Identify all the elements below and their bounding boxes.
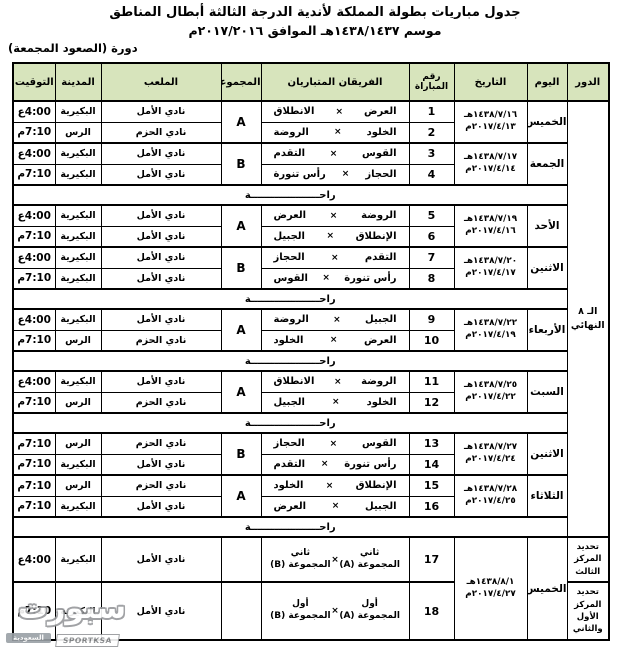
rest-label: راحــــــــــــــــــــة	[13, 351, 567, 371]
stadium-cell: نادي الحزم	[101, 475, 221, 496]
time-cell: 7:10م	[13, 582, 55, 640]
round-cell-first-second-place: تحديد المركز الأول والثاني	[567, 582, 609, 640]
stadium-cell: نادي الأمل	[101, 247, 221, 268]
stadium-cell: نادي الأمل	[101, 371, 221, 392]
team-right: أول المجموعة (A)	[339, 599, 401, 622]
time-cell: 4:00ع	[13, 371, 55, 392]
teams-cell: التقدم × الحجاز	[261, 247, 409, 268]
date-cell: ١٤٣٨/٧/٢٥هـ ٢٠١٧/٤/٢٢م	[454, 371, 527, 413]
date-cell: ١٤٣٨/٧/١٩هـ ٢٠١٧/٤/١٦م	[454, 205, 527, 247]
team-left: الخلود	[274, 335, 304, 346]
rest-row: راحــــــــــــــــــــة	[13, 413, 609, 433]
match-number: 6	[409, 226, 454, 247]
team-right: القوس	[362, 438, 396, 449]
team-right: الروضة	[361, 376, 396, 387]
teams-cell: الخلود × الروضة	[261, 122, 409, 143]
header-row: الدور اليوم التاريخ رقم المباراة الفريقا…	[13, 63, 609, 101]
team-right: الإنطلاق	[356, 231, 397, 242]
vs-mark: ×	[332, 397, 340, 407]
day-cell: الأربعاء	[527, 309, 567, 351]
header-round: الدور	[567, 63, 609, 101]
rest-label: راحــــــــــــــــــــة	[13, 289, 567, 309]
match-number: 15	[409, 475, 454, 496]
time-cell: 4:00ع	[13, 205, 55, 226]
group-cell: A	[221, 205, 261, 247]
date-cell: ١٤٣٨/٨/١هـ ٢٠١٧/٤/٢٧م	[454, 537, 527, 640]
match-row: الأحد ١٤٣٨/٧/١٩هـ ٢٠١٧/٤/١٦م 5 الروضة × …	[13, 205, 609, 226]
teams-cell: القوس × الحجاز	[261, 433, 409, 454]
match-number: 12	[409, 392, 454, 413]
vs-mark: ×	[333, 315, 341, 325]
time-cell: 7:10م	[13, 122, 55, 143]
team-right: الروضة	[361, 210, 396, 221]
match-number: 17	[409, 537, 454, 582]
teams-cell: القوس × التقدم	[261, 143, 409, 164]
team-left: العرض	[274, 501, 307, 512]
vs-mark: ×	[335, 107, 343, 117]
group-cell: B	[221, 433, 261, 475]
city-cell: البكيرية	[55, 101, 101, 122]
team-right: الإنطلاق	[356, 480, 397, 491]
team-right: الجبيل	[365, 501, 396, 512]
vs-mark: ×	[331, 555, 339, 565]
group-cell: A	[221, 101, 261, 143]
vs-mark: ×	[334, 377, 342, 387]
stadium-cell: نادي الأمل	[101, 454, 221, 475]
time-cell: 4:00ع	[13, 101, 55, 122]
team-left: أول المجموعة (B)	[270, 599, 332, 622]
match-number: 16	[409, 496, 454, 517]
stadium-cell: نادي الأمل	[101, 101, 221, 122]
stadium-cell: نادي الأمل	[101, 164, 221, 185]
teams-cell: رأس تنورة × القوس	[261, 268, 409, 289]
day-cell: الثلاثاء	[527, 475, 567, 517]
day-cell: الاثنين	[527, 433, 567, 475]
team-right: العرض	[364, 335, 397, 346]
group-cell: A	[221, 309, 261, 351]
team-left: التقدم	[274, 148, 306, 159]
match-number: 3	[409, 143, 454, 164]
match-row: السبت ١٤٣٨/٧/٢٥هـ ٢٠١٧/٤/٢٢م 11 الروضة ×…	[13, 371, 609, 392]
team-right: رأس تنورة	[344, 459, 396, 470]
day-cell: الأحد	[527, 205, 567, 247]
date-cell: ١٤٣٨/٧/٢٢هـ ٢٠١٧/٤/١٩م	[454, 309, 527, 351]
date-cell: ١٤٣٨/٧/٢٧هـ ٢٠١٧/٤/٢٤م	[454, 433, 527, 475]
header-time: التوقيت	[13, 63, 55, 101]
match-number: 2	[409, 122, 454, 143]
match-number: 5	[409, 205, 454, 226]
match-number: 13	[409, 433, 454, 454]
team-right: الخلود	[367, 127, 397, 138]
stadium-cell: نادي الأمل	[101, 205, 221, 226]
time-cell: 4:00ع	[13, 143, 55, 164]
stadium-cell: نادي الأمل	[101, 143, 221, 164]
rest-label: راحــــــــــــــــــــة	[13, 185, 567, 205]
team-left: الروضة	[274, 127, 309, 138]
city-cell: الرس	[55, 330, 101, 351]
document-page: { "page": { "title_line1": "جدول مباريات…	[0, 0, 630, 651]
round-cell-third-place: تحديد المركز الثالث	[567, 537, 609, 582]
rest-row: راحــــــــــــــــــــة	[13, 289, 609, 309]
teams-cell: الروضة × الانطلاق	[261, 371, 409, 392]
city-cell: البكيرية	[55, 268, 101, 289]
stadium-cell: نادي الأمل	[101, 309, 221, 330]
team-left: الانطلاق	[274, 106, 315, 117]
city-cell: البكيرية	[55, 371, 101, 392]
city-cell: البكيرية	[55, 309, 101, 330]
time-cell: 7:10م	[13, 496, 55, 517]
teams-cell: الجبيل × العرض	[261, 496, 409, 517]
city-cell: البكيرية	[55, 226, 101, 247]
stadium-cell: نادي الأمل	[101, 496, 221, 517]
group-cell-empty	[221, 582, 261, 640]
match-number: 11	[409, 371, 454, 392]
time-cell: 4:00ع	[13, 309, 55, 330]
match-row: الثلاثاء ١٤٣٨/٧/٢٨هـ ٢٠١٧/٤/٢٥م 15 الإنط…	[13, 475, 609, 496]
team-left: التقدم	[274, 459, 306, 470]
group-cell: B	[221, 247, 261, 289]
stadium-cell: نادي الأمل	[101, 582, 221, 640]
vs-mark: ×	[342, 169, 350, 179]
match-row: الاثنين ١٤٣٨/٧/٢٠هـ ٢٠١٧/٤/١٧م 7 التقدم …	[13, 247, 609, 268]
time-cell: 7:10م	[13, 433, 55, 454]
team-left: القوس	[274, 273, 308, 284]
stadium-cell: نادي الحزم	[101, 433, 221, 454]
team-right: العرض	[364, 106, 397, 117]
vs-mark: ×	[321, 459, 329, 469]
stadium-cell: نادي الأمل	[101, 226, 221, 247]
vs-mark: ×	[326, 481, 334, 491]
teams-cell: أول المجموعة (A) × أول المجموعة (B)	[261, 582, 409, 640]
date-cell: ١٤٣٨/٧/١٧هـ ٢٠١٧/٤/١٤م	[454, 143, 527, 185]
header-group: المجموعة	[221, 63, 261, 101]
team-right: ثاني المجموعة (A)	[339, 548, 401, 571]
team-left: ثاني المجموعة (B)	[270, 548, 332, 571]
city-cell: الرس	[55, 392, 101, 413]
team-right: القوس	[362, 148, 396, 159]
match-number: 18	[409, 582, 454, 640]
teams-cell: الإنطلاق × الجبيل	[261, 226, 409, 247]
team-left: الحجاز	[274, 252, 305, 263]
teams-cell: رأس تنورة × التقدم	[261, 454, 409, 475]
city-cell: البكيرية	[55, 143, 101, 164]
match-row: الأربعاء ١٤٣٨/٧/٢٢هـ ٢٠١٧/٤/١٩م 9 الجبيل…	[13, 309, 609, 330]
header-day: اليوم	[527, 63, 567, 101]
teams-cell: ثاني المجموعة (A) × ثاني المجموعة (B)	[261, 537, 409, 582]
team-right: الجبيل	[365, 314, 396, 325]
match-row: الاثنين ١٤٣٨/٧/٢٧هـ ٢٠١٧/٤/٢٤م 13 القوس …	[13, 433, 609, 454]
city-cell: البكيرية	[55, 205, 101, 226]
city-cell: البكيرية	[55, 454, 101, 475]
round-cell-final8: الـ ٨ النهائي	[567, 101, 609, 537]
team-right: الحجاز	[365, 169, 396, 180]
vs-mark: ×	[332, 501, 340, 511]
city-cell: البكيرية	[55, 496, 101, 517]
teams-cell: الجبيل × الروضة	[261, 309, 409, 330]
team-right: الخلود	[367, 397, 397, 408]
group-cell: B	[221, 143, 261, 185]
time-cell: 4:00ع	[13, 247, 55, 268]
rest-row: راحــــــــــــــــــــة	[13, 351, 609, 371]
rest-row: راحــــــــــــــــــــة	[13, 517, 609, 537]
group-cell-empty	[221, 537, 261, 582]
time-cell: 7:10م	[13, 330, 55, 351]
team-left: الجبيل	[274, 397, 305, 408]
vs-mark: ×	[331, 606, 339, 616]
page-title: جدول مباريات بطولة المملكة لأندية الدرجة…	[0, 5, 630, 20]
team-left: الخلود	[274, 480, 304, 491]
rest-label: راحــــــــــــــــــــة	[13, 413, 567, 433]
time-cell: 7:10م	[13, 475, 55, 496]
team-right: رأس تنورة	[344, 273, 396, 284]
time-cell: 7:10م	[13, 268, 55, 289]
stadium-cell: نادي الحزم	[101, 122, 221, 143]
match-row: الجمعة ١٤٣٨/٧/١٧هـ ٢٠١٧/٤/١٤م 3 القوس × …	[13, 143, 609, 164]
city-cell: البكيرية	[55, 247, 101, 268]
rest-label: راحــــــــــــــــــــة	[13, 517, 567, 537]
tournament-note: دورة (الصعود المجمعة)	[8, 41, 138, 55]
group-cell: A	[221, 371, 261, 413]
vs-mark: ×	[330, 211, 338, 221]
header-teams: الفريقان المتباريان	[261, 63, 409, 101]
match-number: 8	[409, 268, 454, 289]
teams-cell: الخلود × الجبيل	[261, 392, 409, 413]
time-cell: 7:10م	[13, 392, 55, 413]
day-cell: الجمعة	[527, 143, 567, 185]
teams-cell: الروضة × العرض	[261, 205, 409, 226]
teams-cell: العرض × الانطلاق	[261, 101, 409, 122]
header-match-no: رقم المباراة	[409, 63, 454, 101]
teams-cell: الحجاز × رأس تنورة	[261, 164, 409, 185]
stadium-cell: نادي الحزم	[101, 330, 221, 351]
vs-mark: ×	[331, 253, 339, 263]
city-cell: البكيرية	[55, 537, 101, 582]
page-subtitle-season: موسم ١٤٣٨/١٤٣٧هـ الموافق ٢٠١٧/٢٠١٦م	[0, 23, 630, 38]
team-left: العرض	[274, 210, 307, 221]
teams-cell: العرض × الخلود	[261, 330, 409, 351]
match-number: 14	[409, 454, 454, 475]
teams-cell: الإنطلاق × الخلود	[261, 475, 409, 496]
vs-mark: ×	[330, 335, 338, 345]
match-row: الـ ٨ النهائي الخميس ١٤٣٨/٧/١٦هـ ٢٠١٧/٤/…	[13, 101, 609, 122]
match-row: تحديد المركز الثالث الخميس ١٤٣٨/٨/١هـ ٢٠…	[13, 537, 609, 582]
stadium-cell: نادي الأمل	[101, 268, 221, 289]
vs-mark: ×	[330, 439, 338, 449]
city-cell: الرس	[55, 122, 101, 143]
team-left: رأس تنورة	[274, 169, 326, 180]
match-number: 4	[409, 164, 454, 185]
schedule-table: الدور اليوم التاريخ رقم المباراة الفريقا…	[12, 62, 610, 641]
match-number: 7	[409, 247, 454, 268]
city-cell: البكيرية	[55, 164, 101, 185]
vs-mark: ×	[330, 149, 338, 159]
day-cell: الخميس	[527, 537, 567, 640]
city-cell: البكيرية	[55, 582, 101, 640]
team-left: الجبيل	[274, 231, 305, 242]
time-cell: 7:10م	[13, 454, 55, 475]
stadium-cell: نادي الأمل	[101, 537, 221, 582]
header-date: التاريخ	[454, 63, 527, 101]
rest-row: راحــــــــــــــــــــة	[13, 185, 609, 205]
vs-mark: ×	[322, 273, 330, 283]
vs-mark: ×	[334, 127, 342, 137]
time-cell: 4:00ع	[13, 537, 55, 582]
match-number: 10	[409, 330, 454, 351]
vs-mark: ×	[327, 231, 335, 241]
match-number: 9	[409, 309, 454, 330]
city-cell: الرس	[55, 475, 101, 496]
stadium-cell: نادي الحزم	[101, 392, 221, 413]
team-left: الروضة	[274, 314, 309, 325]
time-cell: 7:10م	[13, 226, 55, 247]
match-number: 1	[409, 101, 454, 122]
team-left: الانطلاق	[274, 376, 315, 387]
team-left: الحجاز	[274, 438, 305, 449]
day-cell: الاثنين	[527, 247, 567, 289]
day-cell: السبت	[527, 371, 567, 413]
city-cell: الرس	[55, 433, 101, 454]
team-right: التقدم	[365, 252, 397, 263]
date-cell: ١٤٣٨/٧/٢٨هـ ٢٠١٧/٤/٢٥م	[454, 475, 527, 517]
date-cell: ١٤٣٨/٧/٢٠هـ ٢٠١٧/٤/١٧م	[454, 247, 527, 289]
date-cell: ١٤٣٨/٧/١٦هـ ٢٠١٧/٤/١٣م	[454, 101, 527, 143]
group-cell: A	[221, 475, 261, 517]
header-stadium: الملعب	[101, 63, 221, 101]
header-city: المدينة	[55, 63, 101, 101]
day-cell: الخميس	[527, 101, 567, 143]
time-cell: 7:10م	[13, 164, 55, 185]
